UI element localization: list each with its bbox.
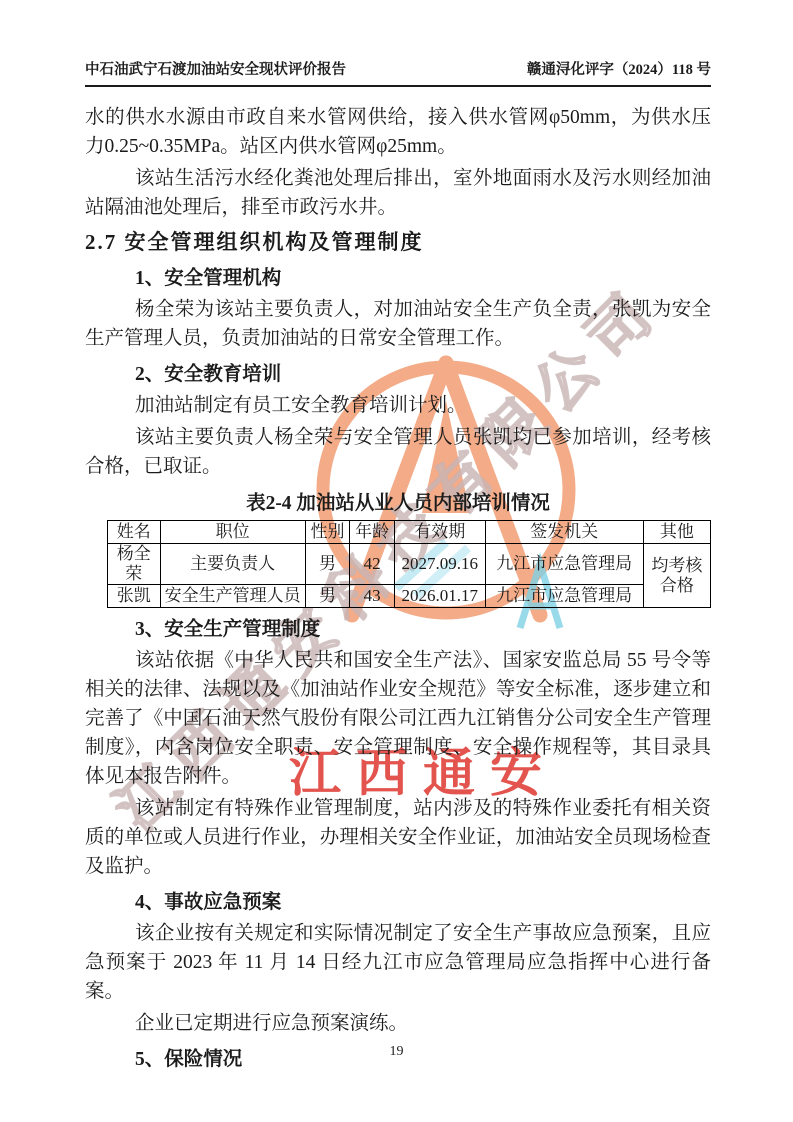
col-header-gender: 性别 (305, 521, 350, 544)
cell-issuer: 九江市应急管理局 (485, 585, 643, 608)
paragraph-drill: 企业已定期进行应急预案演练。 (85, 1009, 711, 1038)
page-number: 19 (0, 1044, 793, 1060)
subsection-4-title: 4、事故应急预案 (85, 888, 711, 917)
paragraph-training-cert: 该站主要负责人杨全荣与安全管理人员张凯均已参加培训，经考核合格，已取证。 (85, 423, 711, 481)
table-2-4-caption: 表2-4 加油站从业人员内部培训情况 (85, 490, 711, 518)
cell-gender: 男 (305, 585, 350, 608)
header-report-title: 中石油武宁石渡加油站安全现状评价报告 (85, 58, 346, 79)
col-header-position: 职位 (160, 521, 305, 544)
paragraph-sewage: 该站生活污水经化粪池处理后排出，室外地面雨水及污水则经加油站隔油池处理后，排至市… (85, 164, 711, 222)
cell-position: 安全生产管理人员 (160, 585, 305, 608)
training-table: 姓名 职位 性别 年龄 有效期 签发机关 其他 杨全荣 主要负责人 男 42 2… (107, 520, 711, 608)
subsection-2-title: 2、安全教育培训 (85, 360, 711, 389)
col-header-issuer: 签发机关 (485, 521, 643, 544)
cell-age: 42 (350, 544, 395, 585)
cell-gender: 男 (305, 544, 350, 585)
document-body: 水的供水水源由市政自来水管网供给，接入供水管网φ50mm，为供水压力0.25~0… (85, 103, 711, 1074)
cell-validity: 2027.09.16 (394, 544, 485, 585)
paragraph-training-plan: 加油站制定有员工安全教育培训计划。 (85, 391, 711, 420)
col-header-other: 其他 (643, 521, 710, 544)
cell-age: 43 (350, 585, 395, 608)
paragraph-mgmt-system: 该站依据《中华人民共和国安全生产法》、国家安监总局 55 号令等相关的法律、法规… (85, 646, 711, 791)
col-header-name: 姓名 (108, 521, 161, 544)
page-header: 中石油武宁石渡加油站安全现状评价报告 赣通浔化评字（2024）118 号 (85, 0, 711, 87)
paragraph-water-supply: 水的供水水源由市政自来水管网供给，接入供水管网φ50mm，为供水压力0.25~0… (85, 103, 711, 161)
table-row: 杨全荣 主要负责人 男 42 2027.09.16 九江市应急管理局 均考核合格 (108, 544, 711, 585)
col-header-age: 年龄 (350, 521, 395, 544)
section-2-7-title: 2.7 安全管理组织机构及管理制度 (85, 227, 711, 257)
cell-validity: 2026.01.17 (394, 585, 485, 608)
cell-other-merged: 均考核合格 (643, 544, 710, 608)
document-page: 江西通安科技有限公司 江西通安 中石油武宁石渡加油站安全现状评价报告 赣通浔化评… (0, 0, 793, 1122)
subsection-1-title: 1、安全管理机构 (85, 264, 711, 293)
paragraph-safety-org: 杨全荣为该站主要负责人，对加油站安全生产负全责，张凯为安全生产管理人员，负责加油… (85, 295, 711, 353)
paragraph-special-work: 该站制定有特殊作业管理制度，站内涉及的特殊作业委托有相关资质的单位或人员进行作业… (85, 794, 711, 881)
header-doc-number: 赣通浔化评字（2024）118 号 (527, 58, 711, 79)
cell-name: 杨全荣 (108, 544, 161, 585)
page-content: 中石油武宁石渡加油站安全现状评价报告 赣通浔化评字（2024）118 号 水的供… (0, 0, 793, 1074)
col-header-validity: 有效期 (394, 521, 485, 544)
table-header-row: 姓名 职位 性别 年龄 有效期 签发机关 其他 (108, 521, 711, 544)
cell-name: 张凯 (108, 585, 161, 608)
paragraph-emergency-plan: 该企业按有关规定和实际情况制定了安全生产事故应急预案，且应急预案于 2023 年… (85, 919, 711, 1006)
table-row: 张凯 安全生产管理人员 男 43 2026.01.17 九江市应急管理局 (108, 585, 711, 608)
cell-issuer: 九江市应急管理局 (485, 544, 643, 585)
subsection-3-title: 3、安全生产管理制度 (85, 615, 711, 644)
cell-position: 主要负责人 (160, 544, 305, 585)
